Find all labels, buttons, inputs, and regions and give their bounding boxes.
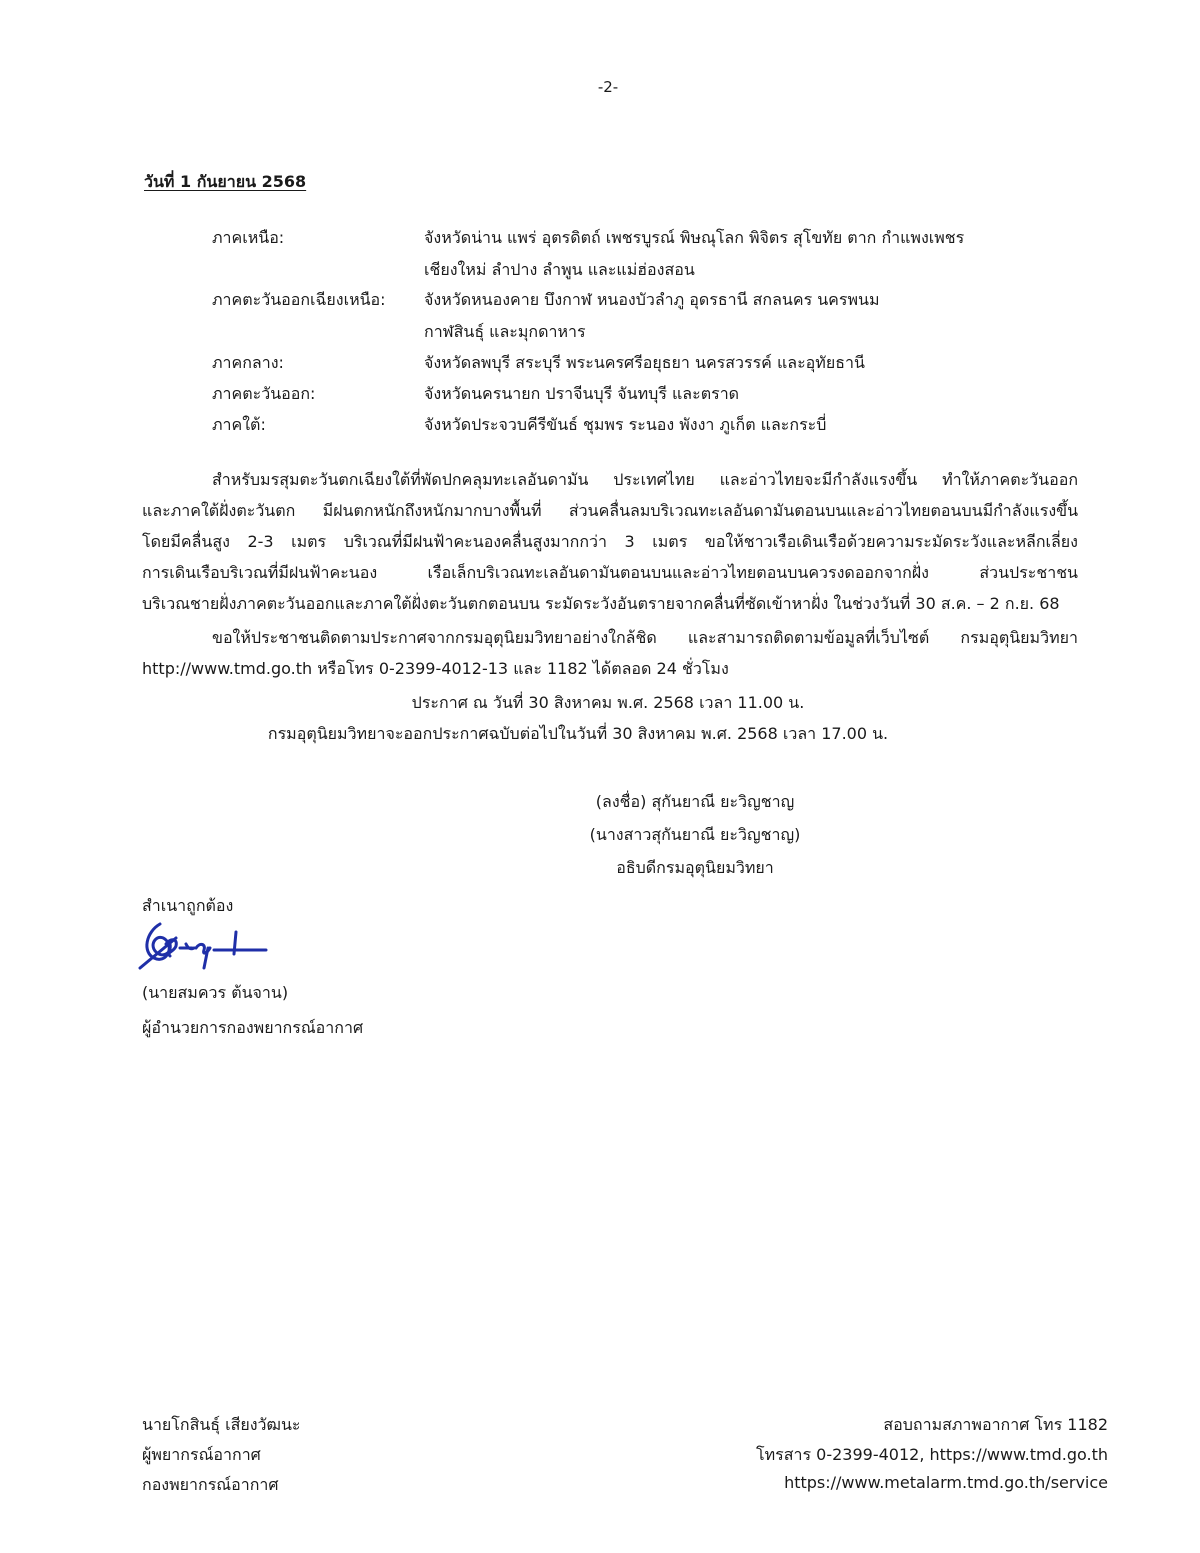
region-label: ภาคกลาง: (212, 351, 284, 376)
region-label: ภาคเหนือ: (212, 226, 284, 251)
forecaster-division: กองพยากรณ์อากาศ (142, 1473, 279, 1498)
handwritten-signature (136, 918, 276, 974)
signatory-position: อธิบดีกรมอุตุนิยมวิทยา (400, 856, 990, 881)
signature-icon (136, 918, 276, 974)
region-row-north: ภาคเหนือ: จังหวัดน่าน แพร่ อุตรดิตถ์ เพช… (0, 226, 1200, 256)
region-provinces: จังหวัดลพบุรี สระบุรี พระนครศรีอยุธยา นค… (424, 351, 865, 376)
paragraph-line: และภาคใต้ฝั่งตะวันตก มีฝนตกหนักถึงหนักมา… (142, 499, 1078, 524)
paragraph-line: การเดินเรือบริเวณที่มีฝนฟ้าคะนอง เรือเล็… (142, 561, 1078, 586)
region-provinces: จังหวัดหนองคาย บึงกาฬ หนองบัวลำภู อุดรธา… (424, 288, 880, 313)
certified-copy-name: (นายสมควร ต้นจาน) (142, 981, 288, 1006)
certified-copy-label: สำเนาถูกต้อง (142, 894, 233, 919)
paragraph-line: ขอให้ประชาชนติดตามประกาศจากกรมอุตุนิยมวิ… (212, 626, 1078, 651)
region-provinces: จังหวัดนครนายก ปราจีนบุรี จันทบุรี และตร… (424, 382, 739, 407)
region-provinces: จังหวัดน่าน แพร่ อุตรดิตถ์ เพชรบูรณ์ พิษ… (424, 226, 964, 251)
announcement-issued: ประกาศ ณ วันที่ 30 สิงหาคม พ.ศ. 2568 เวล… (0, 691, 1200, 716)
region-row-south: ภาคใต้: จังหวัดประจวบคีรีขันธ์ ชุมพร ระน… (0, 413, 1200, 443)
contact-phone: สอบถามสภาพอากาศ โทร 1182 (883, 1413, 1108, 1438)
region-provinces: เชียงใหม่ ลำปาง ลำพูน และแม่ฮ่องสอน (424, 258, 695, 283)
date-heading: วันที่ 1 กันยายน 2568 (144, 170, 306, 195)
paragraph-line: บริเวณชายฝั่งภาคตะวันออกและภาคใต้ฝั่งตะว… (142, 592, 1078, 617)
region-row-central: ภาคกลาง: จังหวัดลพบุรี สระบุรี พระนครศรี… (0, 351, 1200, 381)
signatory-full-name: (นางสาวสุกันยาณี ยะวิญชาญ) (400, 823, 990, 848)
region-label: ภาคใต้: (212, 413, 266, 438)
region-row-northeast-cont: กาฬสินธุ์ และมุกดาหาร (0, 320, 1200, 350)
region-row-north-cont: เชียงใหม่ ลำปาง ลำพูน และแม่ฮ่องสอน (0, 258, 1200, 288)
region-row-east: ภาคตะวันออก: จังหวัดนครนายก ปราจีนบุรี จ… (0, 382, 1200, 412)
signatory-signed: (ลงชื่อ) สุกันยาณี ยะวิญชาญ (400, 790, 990, 815)
paragraph-line: สำหรับมรสุมตะวันตกเฉียงใต้ที่พัดปกคลุมทะ… (212, 468, 1078, 493)
contact-service-link[interactable]: https://www.metalarm.tmd.go.th/service (784, 1473, 1108, 1492)
certified-copy-position: ผู้อำนวยการกองพยากรณ์อากาศ (142, 1016, 363, 1041)
contact-fax-website[interactable]: โทรสาร 0-2399-4012, https://www.tmd.go.t… (756, 1443, 1108, 1468)
region-label: ภาคตะวันออก: (212, 382, 315, 407)
announcement-next-issue: กรมอุตุนิยมวิทยาจะออกประกาศฉบับต่อไปในวั… (0, 722, 1186, 747)
region-row-northeast: ภาคตะวันออกเฉียงเหนือ: จังหวัดหนองคาย บึ… (0, 288, 1200, 318)
region-provinces: จังหวัดประจวบคีรีขันธ์ ชุมพร ระนอง พังงา… (424, 413, 826, 438)
page-number: -2- (0, 78, 1200, 96)
forecaster-name: นายโกสินธุ์ เสียงวัฒนะ (142, 1413, 301, 1438)
forecaster-title: ผู้พยากรณ์อากาศ (142, 1443, 261, 1468)
paragraph-line: โดยมีคลื่นสูง 2-3 เมตร บริเวณที่มีฝนฟ้าค… (142, 530, 1078, 555)
paragraph-line: http://www.tmd.go.th หรือโทร 0-2399-4012… (142, 657, 1078, 682)
region-provinces: กาฬสินธุ์ และมุกดาหาร (424, 320, 586, 345)
region-label: ภาคตะวันออกเฉียงเหนือ: (212, 288, 386, 313)
